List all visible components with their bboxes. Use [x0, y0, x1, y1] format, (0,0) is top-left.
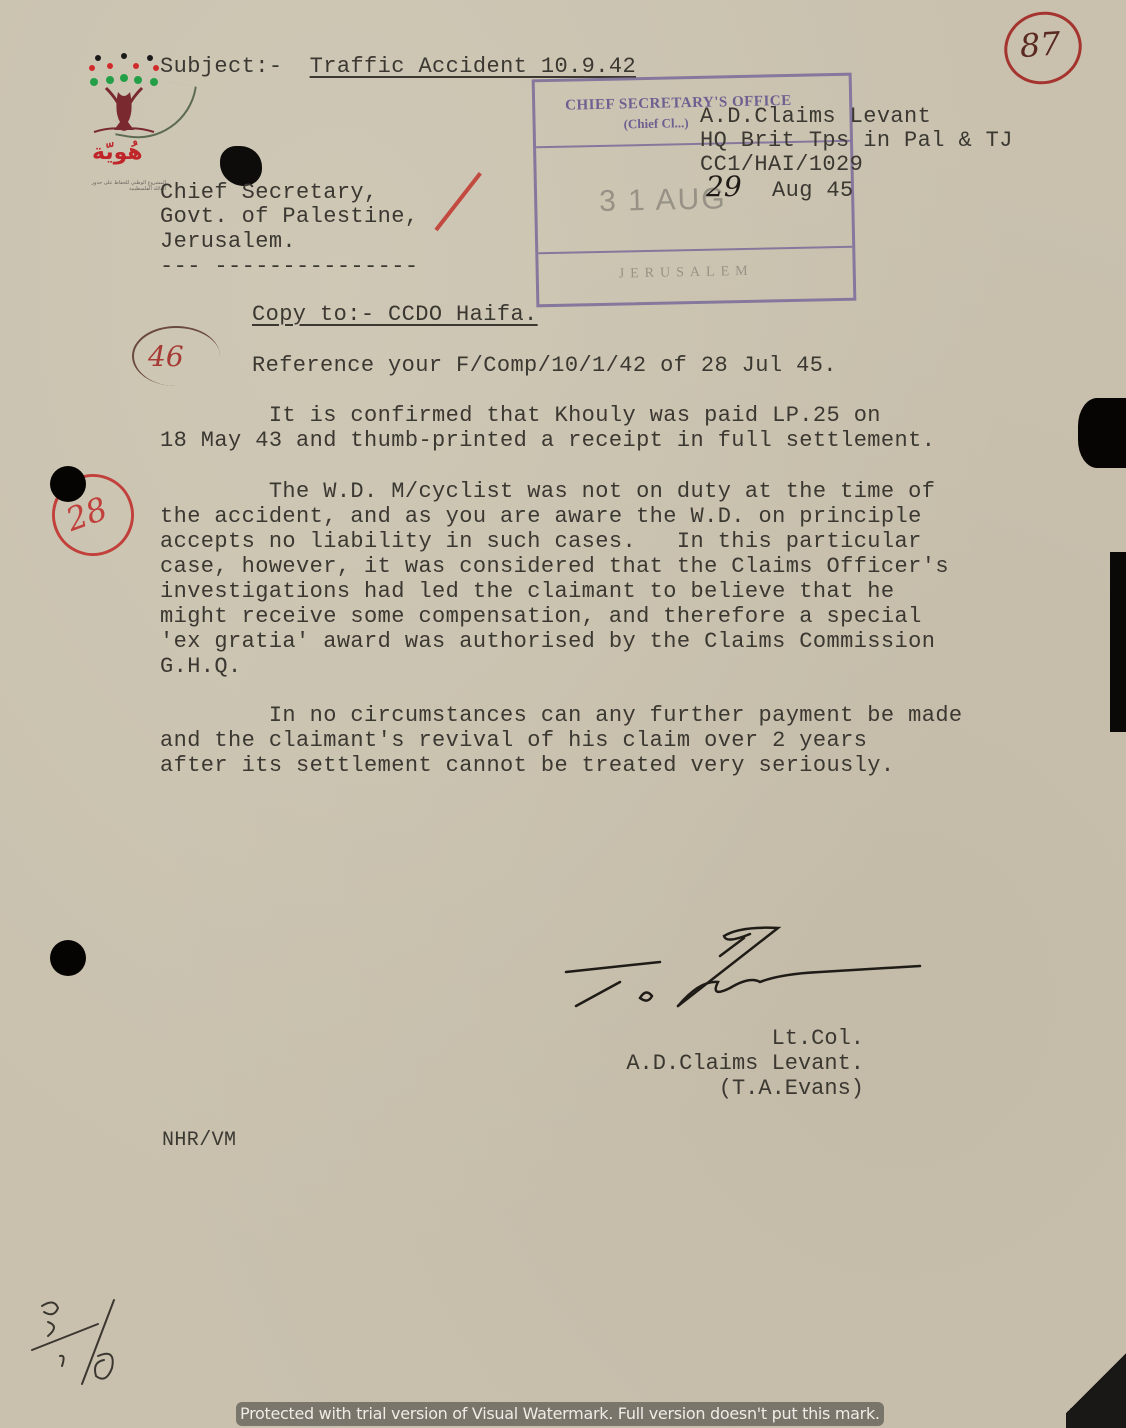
paragraph-reference: Reference your F/Comp/10/1/42 of 28 Jul …	[252, 353, 837, 378]
edge-shadow	[1110, 552, 1126, 732]
paragraph-confirmation: It is confirmed that Khouly was paid LP.…	[160, 403, 935, 453]
subject-value: Traffic Accident 10.9.42	[310, 54, 636, 79]
sender-line-1: A.D.Claims Levant	[700, 104, 931, 129]
handwritten-date-note-icon	[26, 1296, 146, 1396]
sender-line-2: HQ Brit Tps in Pal & TJ	[700, 128, 1013, 153]
copy-to-line: Copy to:- CCDO Haifa.	[252, 302, 538, 327]
stamp-subtitle: (Chief Cl...)	[623, 115, 688, 132]
margin-ref-46: 46	[132, 326, 220, 386]
paragraph-liability: The W.D. M/cyclist was not on duty at th…	[160, 479, 949, 679]
paragraph-conclusion: In no circumstances can any further paym…	[160, 703, 963, 778]
signatory-rank: Lt.Col.	[772, 1026, 864, 1051]
subject-label: Subject:-	[160, 54, 282, 79]
logo-arabic-name: هُويّة	[92, 140, 143, 165]
handwritten-date-day: 29	[706, 170, 742, 203]
signatory-name: (T.A.Evans)	[719, 1076, 864, 1101]
subject-line: Subject:- Traffic Accident 10.9.42	[160, 54, 636, 79]
logo-tagline: المشروع الوطني للحفاظ على جذور العائلة ا…	[86, 180, 166, 192]
punch-hole-top	[50, 466, 86, 502]
sender-date: Aug 45	[772, 178, 854, 203]
folio-number: 87	[1019, 24, 1062, 65]
trial-watermark-banner: Protected with trial version of Visual W…	[236, 1402, 884, 1426]
addressee-line-2: Govt. of Palestine,	[160, 204, 418, 229]
punch-hole-bottom	[50, 940, 86, 976]
addressee-rule: --- ---------------	[160, 254, 418, 279]
handwritten-signature-icon	[560, 910, 940, 1020]
addressee-line-1: Chief Secretary,	[160, 180, 378, 205]
folded-corner	[1066, 1338, 1126, 1428]
stamp-city: JERUSALEM	[619, 264, 754, 283]
signatory-title: A.D.Claims Levant.	[626, 1051, 864, 1076]
edge-damage	[1078, 398, 1126, 468]
signature-block: Lt.Col.A.D.Claims Levant.(T.A.Evans)	[626, 1026, 864, 1101]
typist-reference: NHR/VM	[162, 1128, 236, 1153]
addressee-line-3: Jerusalem.	[160, 229, 296, 254]
